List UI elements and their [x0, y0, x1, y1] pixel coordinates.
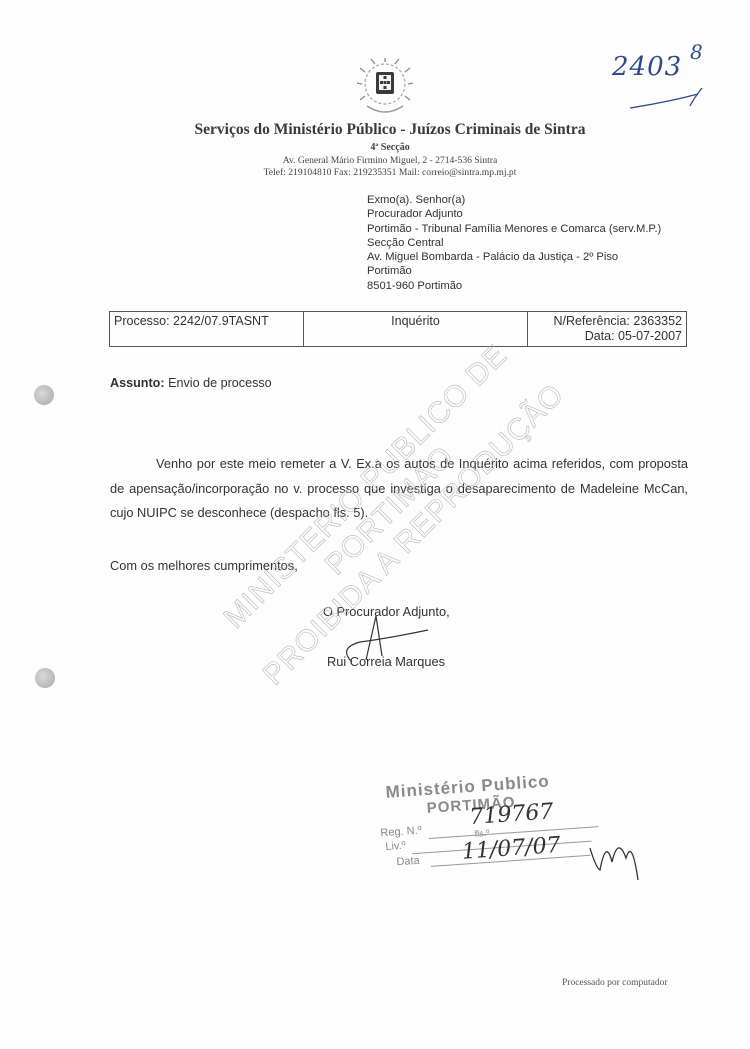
- coat-of-arms-icon: [357, 56, 413, 116]
- closing-line: Com os melhores cumprimentos,: [110, 558, 298, 573]
- subject-value: Envio de processo: [168, 376, 272, 390]
- punch-hole-icon: [35, 668, 55, 688]
- recipient-line: Exmo(a). Senhor(a): [367, 193, 661, 207]
- stamp-reg-label: Reg. N.º: [380, 824, 422, 839]
- handwritten-page-superscript: 8: [690, 40, 703, 64]
- watermark-line: PROIBIDA A REPRODUÇÃO: [218, 339, 610, 731]
- stamp-liv-label: Liv.º: [385, 840, 406, 853]
- stamp-date-label: Data: [396, 855, 420, 869]
- handwritten-underline-icon: [628, 84, 708, 114]
- footer-note: Processado por computador: [562, 978, 668, 988]
- recipient-line: 8501-960 Portimão: [367, 279, 661, 293]
- office-section: 4ª Secção: [0, 142, 750, 153]
- subject-line: Assunto: Envio de processo: [110, 376, 272, 390]
- document-date: Data: 05-07-2007: [532, 329, 682, 344]
- process-info-table: Processo: 2242/07.9TASNT Inquérito N/Ref…: [109, 311, 687, 347]
- subject-label: Assunto:: [110, 376, 165, 390]
- signatory-name: Rui Correia Marques: [327, 654, 445, 669]
- office-address: Av. General Mário Firmino Miguel, 2 - 27…: [0, 155, 750, 166]
- recipient-line: Secção Central: [367, 236, 661, 250]
- body-paragraph: Venho por este meio remeter a V. Ex.a os…: [110, 452, 688, 526]
- process-number: Processo: 2242/07.9TASNT: [110, 312, 304, 347]
- stamp-reg-value: 719767: [469, 799, 555, 830]
- punch-hole-icon: [34, 385, 54, 405]
- reference-number: N/Referência: 2363352: [532, 314, 682, 329]
- recipient-line: Av. Miguel Bombarda - Palácio da Justiça…: [367, 250, 661, 264]
- recipient-line: Portimão - Tribunal Família Menores e Co…: [367, 222, 661, 236]
- recipient-line: Procurador Adjunto: [367, 207, 661, 221]
- recipient-address: Exmo(a). Senhor(a) Procurador Adjunto Po…: [367, 193, 661, 293]
- process-type: Inquérito: [304, 312, 528, 347]
- initials-scribble-icon: [586, 828, 656, 883]
- office-contacts: Telef: 219104810 Fax: 219235351 Mail: co…: [0, 167, 750, 178]
- reference-cell: N/Referência: 2363352 Data: 05-07-2007: [528, 312, 687, 347]
- handwritten-page-number: 2403: [612, 52, 682, 82]
- office-title: Serviços do Ministério Público - Juízos …: [0, 121, 750, 139]
- recipient-line: Portimão: [367, 264, 661, 278]
